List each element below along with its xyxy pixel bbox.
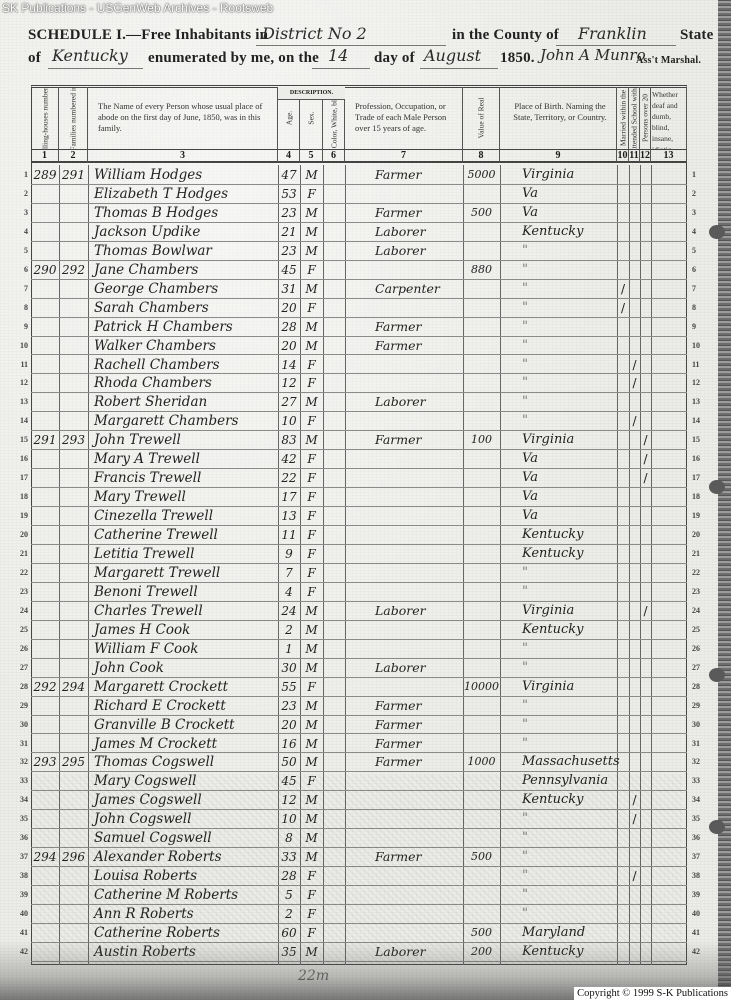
line-number: 36 xyxy=(692,833,710,842)
line-number: 39 xyxy=(4,890,28,899)
cell-family xyxy=(59,716,88,736)
cell-married xyxy=(617,488,629,508)
cell-value: 500 xyxy=(463,848,500,868)
cell-age: 28 xyxy=(278,867,300,887)
county-value: Franklin xyxy=(578,24,647,43)
cell-married xyxy=(617,469,629,489)
cell-birthplace: " xyxy=(522,583,617,603)
cell-age: 2 xyxy=(278,621,300,641)
line-number: 13 xyxy=(692,397,710,406)
census-row: George Chambers31MCarpenter"/ xyxy=(31,280,687,299)
census-row: Elizabeth T Hodges53FVa xyxy=(31,185,687,204)
cell-married xyxy=(617,526,629,546)
cell-sex: F xyxy=(300,488,323,508)
cell-illiterate xyxy=(640,545,651,565)
line-number: 13 xyxy=(4,397,28,406)
line-number: 12 xyxy=(692,378,710,387)
county-label: in the County of xyxy=(452,27,559,44)
cell-dwelling: 289 xyxy=(31,166,59,186)
cell-name: William F Cook xyxy=(94,640,278,660)
cell-dwelling xyxy=(31,697,59,717)
cell-name: Cinezella Trewell xyxy=(94,507,278,527)
cell-school: / xyxy=(629,791,640,811)
census-row: Mary Trewell17FVa xyxy=(31,488,687,507)
line-number: 1 xyxy=(692,170,710,179)
cell-name: Ann R Roberts xyxy=(94,905,278,925)
cell-family xyxy=(59,735,88,755)
line-number: 10 xyxy=(692,341,710,350)
cell-name: Margarett Chambers xyxy=(94,412,278,432)
cell-illiterate xyxy=(640,337,651,357)
month-value: August xyxy=(424,46,481,65)
cell-occupation xyxy=(375,507,463,527)
cell-birthplace: " xyxy=(522,886,617,906)
cell-family xyxy=(59,829,88,849)
cell-school xyxy=(629,716,640,736)
cell-birthplace: " xyxy=(522,374,617,394)
cell-dwelling xyxy=(31,299,59,319)
cell-dwelling xyxy=(31,810,59,830)
cell-age: 24 xyxy=(278,602,300,622)
cell-dwelling xyxy=(31,659,59,679)
line-number: 14 xyxy=(692,416,710,425)
cell-birthplace: " xyxy=(522,299,617,319)
cell-occupation xyxy=(375,886,463,906)
cell-married xyxy=(617,772,629,792)
line-number: 7 xyxy=(692,284,710,293)
cell-age: 11 xyxy=(278,526,300,546)
cell-age: 4 xyxy=(278,583,300,603)
cell-family: 292 xyxy=(59,261,88,281)
column-header-label: The Name of every Person whose usual pla… xyxy=(98,101,262,133)
cell-family xyxy=(59,204,88,224)
cell-dwelling xyxy=(31,905,59,925)
cell-sex: F xyxy=(300,867,323,887)
cell-dwelling xyxy=(31,374,59,394)
census-row: Thomas Bowlwar23MLaborer" xyxy=(31,242,687,261)
cell-married xyxy=(617,640,629,660)
line-number: 41 xyxy=(4,928,28,937)
line-number: 11 xyxy=(4,360,28,369)
cell-name: Letitia Trewell xyxy=(94,545,278,565)
line-number: 30 xyxy=(692,720,710,729)
column-number: 12 xyxy=(640,149,651,163)
cell-value xyxy=(463,280,500,300)
division-value: District No 2 xyxy=(262,24,367,43)
cell-birthplace: " xyxy=(522,848,617,868)
cell-occupation xyxy=(375,412,463,432)
cell-married xyxy=(617,716,629,736)
line-number: 37 xyxy=(692,852,710,861)
cell-school xyxy=(629,223,640,243)
cell-birthplace: Va xyxy=(522,507,617,527)
cell-school: / xyxy=(629,356,640,376)
cell-birthplace: " xyxy=(522,659,617,679)
cell-occupation xyxy=(375,867,463,887)
cell-birthplace: " xyxy=(522,318,617,338)
cell-school xyxy=(629,886,640,906)
cell-family xyxy=(59,488,88,508)
column-number: 8 xyxy=(463,149,500,163)
cell-occupation xyxy=(375,678,463,698)
census-row: Catherine M Roberts5F" xyxy=(31,886,687,905)
cell-occupation xyxy=(375,450,463,470)
line-number: 29 xyxy=(4,701,28,710)
state-underline xyxy=(48,68,143,69)
line-number: 34 xyxy=(692,795,710,804)
cell-occupation xyxy=(375,299,463,319)
cell-sex: F xyxy=(300,412,323,432)
cell-age: 16 xyxy=(278,735,300,755)
cell-occupation xyxy=(375,640,463,660)
cell-family xyxy=(59,318,88,338)
cell-illiterate xyxy=(640,393,651,413)
cell-birthplace: " xyxy=(522,697,617,717)
cell-married xyxy=(617,450,629,470)
cell-name: William Hodges xyxy=(94,166,278,186)
cell-dwelling xyxy=(31,772,59,792)
cell-school xyxy=(629,261,640,281)
cell-age: 23 xyxy=(278,242,300,262)
line-number: 7 xyxy=(4,284,28,293)
census-row: Walker Chambers20MFarmer" xyxy=(31,337,687,356)
binding-ring xyxy=(709,820,725,834)
cell-age: 10 xyxy=(278,810,300,830)
cell-dwelling xyxy=(31,791,59,811)
cell-school xyxy=(629,772,640,792)
cell-illiterate xyxy=(640,318,651,338)
cell-name: Thomas Cogswell xyxy=(94,753,278,773)
cell-value xyxy=(463,659,500,679)
cell-illiterate xyxy=(640,185,651,205)
census-row: Margarett Chambers10F"/ xyxy=(31,412,687,431)
cell-married xyxy=(617,223,629,243)
cell-school xyxy=(629,735,640,755)
column-number: 1 xyxy=(31,149,59,163)
column-header-13: Whether deaf and dumb, blind, insane, id… xyxy=(651,87,687,149)
census-row: James Cogswell12MKentucky/ xyxy=(31,791,687,810)
column-number: 9 xyxy=(500,149,617,163)
watermark: SK Publications - USGenWeb Archives - Ro… xyxy=(2,1,273,15)
line-number: 20 xyxy=(4,530,28,539)
cell-married xyxy=(617,583,629,603)
cell-occupation xyxy=(375,621,463,641)
cell-sex: M xyxy=(300,640,323,660)
line-number: 5 xyxy=(692,246,710,255)
column-header-12: Persons over 20 xyxy=(640,87,651,149)
cell-value: 100 xyxy=(463,431,500,451)
cell-sex: F xyxy=(300,545,323,565)
line-number: 22 xyxy=(4,568,28,577)
cell-occupation xyxy=(375,374,463,394)
cell-family xyxy=(59,659,88,679)
cell-value xyxy=(463,412,500,432)
cell-married xyxy=(617,886,629,906)
cell-married xyxy=(617,810,629,830)
cell-sex: M xyxy=(300,280,323,300)
cell-value xyxy=(463,583,500,603)
line-number: 19 xyxy=(692,511,710,520)
cell-value xyxy=(463,526,500,546)
line-number: 10 xyxy=(4,341,28,350)
cell-occupation: Farmer xyxy=(375,735,463,755)
cell-married xyxy=(617,867,629,887)
line-number: 3 xyxy=(4,208,28,217)
line-number: 26 xyxy=(4,644,28,653)
cell-sex: M xyxy=(300,848,323,868)
cell-occupation: Laborer xyxy=(375,242,463,262)
census-row: 290292Jane Chambers45F880" xyxy=(31,261,687,280)
cell-illiterate xyxy=(640,374,651,394)
cell-dwelling xyxy=(31,242,59,262)
cell-family: 294 xyxy=(59,678,88,698)
cell-value xyxy=(463,393,500,413)
line-number: 24 xyxy=(4,606,28,615)
cell-school xyxy=(629,545,640,565)
cell-illiterate: / xyxy=(640,450,651,470)
cell-name: Louisa Roberts xyxy=(94,867,278,887)
cell-name: Alexander Roberts xyxy=(94,848,278,868)
cell-illiterate xyxy=(640,564,651,584)
cell-illiterate xyxy=(640,829,651,849)
cell-occupation xyxy=(375,469,463,489)
cell-sex: M xyxy=(300,166,323,186)
line-number: 32 xyxy=(4,757,28,766)
cell-dwelling: 293 xyxy=(31,753,59,773)
cell-dwelling xyxy=(31,886,59,906)
cell-sex: M xyxy=(300,337,323,357)
cell-occupation xyxy=(375,829,463,849)
cell-occupation xyxy=(375,185,463,205)
cell-family: 296 xyxy=(59,848,88,868)
cell-value: 1000 xyxy=(463,753,500,773)
cell-married xyxy=(617,753,629,773)
cell-value xyxy=(463,299,500,319)
cell-sex: F xyxy=(300,374,323,394)
cell-sex: F xyxy=(300,299,323,319)
line-number: 24 xyxy=(692,606,710,615)
cell-name: John Trewell xyxy=(94,431,278,451)
column-number: 10 xyxy=(617,149,629,163)
cell-value xyxy=(463,867,500,887)
cell-sex: M xyxy=(300,223,323,243)
cell-value xyxy=(463,905,500,925)
line-number: 25 xyxy=(692,625,710,634)
cell-value xyxy=(463,716,500,736)
cell-school xyxy=(629,507,640,527)
cell-age: 33 xyxy=(278,848,300,868)
line-number: 17 xyxy=(692,473,710,482)
line-number: 3 xyxy=(692,208,710,217)
cell-married xyxy=(617,318,629,338)
cell-occupation: Laborer xyxy=(375,393,463,413)
cell-name: Thomas B Hodges xyxy=(94,204,278,224)
cell-value xyxy=(463,829,500,849)
line-number: 36 xyxy=(4,833,28,842)
cell-sex: F xyxy=(300,469,323,489)
cell-school xyxy=(629,337,640,357)
census-row: John Cook30MLaborer" xyxy=(31,659,687,678)
cell-age: 50 xyxy=(278,753,300,773)
cell-illiterate xyxy=(640,621,651,641)
cell-dwelling xyxy=(31,185,59,205)
cell-sex: M xyxy=(300,716,323,736)
cell-name: James Cogswell xyxy=(94,791,278,811)
cell-age: 14 xyxy=(278,356,300,376)
cell-school xyxy=(629,640,640,660)
cell-family xyxy=(59,356,88,376)
cell-illiterate: / xyxy=(640,431,651,451)
cell-sex: M xyxy=(300,393,323,413)
cell-sex: F xyxy=(300,905,323,925)
cell-married xyxy=(617,261,629,281)
cell-value xyxy=(463,374,500,394)
cell-value xyxy=(463,602,500,622)
cell-birthplace: Va xyxy=(522,488,617,508)
cell-occupation: Farmer xyxy=(375,337,463,357)
line-number: 23 xyxy=(4,587,28,596)
column-header-label: Families numbered in xyxy=(68,87,79,149)
cell-sex: M xyxy=(300,242,323,262)
marshal-name: John A Munro xyxy=(540,46,646,64)
cell-occupation xyxy=(375,261,463,281)
cell-illiterate xyxy=(640,716,651,736)
cell-name: Francis Trewell xyxy=(94,469,278,489)
cell-dwelling xyxy=(31,507,59,527)
cell-age: 20 xyxy=(278,337,300,357)
cell-sex: F xyxy=(300,886,323,906)
line-number: 8 xyxy=(692,303,710,312)
cell-occupation xyxy=(375,356,463,376)
cell-family xyxy=(59,299,88,319)
cell-married xyxy=(617,412,629,432)
cell-school: / xyxy=(629,374,640,394)
cell-illiterate xyxy=(640,583,651,603)
cell-school xyxy=(629,848,640,868)
census-row: Letitia Trewell9FKentucky xyxy=(31,545,687,564)
cell-name: Jane Chambers xyxy=(94,261,278,281)
cell-name: Robert Sheridan xyxy=(94,393,278,413)
cell-family xyxy=(59,280,88,300)
cell-sex: F xyxy=(300,678,323,698)
cell-dwelling xyxy=(31,640,59,660)
column-header-label: Whether deaf and dumb, blind, insane, id… xyxy=(652,90,682,149)
cell-birthplace: Va xyxy=(522,450,617,470)
cell-dwelling xyxy=(31,318,59,338)
cell-value xyxy=(463,185,500,205)
cell-sex: M xyxy=(300,697,323,717)
year-value: 1850. xyxy=(500,50,535,67)
cell-age: 7 xyxy=(278,564,300,584)
line-number: 28 xyxy=(4,682,28,691)
census-row: Robert Sheridan27MLaborer" xyxy=(31,393,687,412)
census-row: Patrick H Chambers28MFarmer" xyxy=(31,318,687,337)
cell-age: 9 xyxy=(278,545,300,565)
cell-illiterate xyxy=(640,166,651,186)
cell-age: 5 xyxy=(278,886,300,906)
cell-dwelling xyxy=(31,412,59,432)
cell-married xyxy=(617,545,629,565)
cell-dwelling xyxy=(31,223,59,243)
cell-age: 20 xyxy=(278,299,300,319)
cell-illiterate xyxy=(640,867,651,887)
cell-dwelling xyxy=(31,469,59,489)
census-row: Catherine Trewell11FKentucky xyxy=(31,526,687,545)
cell-illiterate xyxy=(640,735,651,755)
cell-sex: F xyxy=(300,772,323,792)
census-row: William F Cook1M" xyxy=(31,640,687,659)
cell-sex: M xyxy=(300,431,323,451)
census-row: Granville B Crockett20MFarmer" xyxy=(31,716,687,735)
cell-occupation: Laborer xyxy=(375,602,463,622)
line-number: 6 xyxy=(692,265,710,274)
census-row: 293295Thomas Cogswell50MFarmer1000Massac… xyxy=(31,753,687,772)
cell-illiterate xyxy=(640,905,651,925)
line-number: 41 xyxy=(692,928,710,937)
census-page-scan: SK Publications - USGenWeb Archives - Ro… xyxy=(0,0,731,1000)
binding-edge xyxy=(718,0,731,1000)
cell-birthplace: " xyxy=(522,735,617,755)
cell-sex: F xyxy=(300,261,323,281)
cell-occupation: Farmer xyxy=(375,166,463,186)
cell-value: 5000 xyxy=(463,166,500,186)
cell-family xyxy=(59,374,88,394)
cell-birthplace: " xyxy=(522,337,617,357)
line-number: 27 xyxy=(4,663,28,672)
census-row: Richard E Crockett23MFarmer" xyxy=(31,697,687,716)
census-row: 291293John Trewell83MFarmer100Virginia/ xyxy=(31,431,687,450)
cell-age: 17 xyxy=(278,488,300,508)
line-number: 40 xyxy=(4,909,28,918)
cell-occupation xyxy=(375,810,463,830)
line-number: 26 xyxy=(692,644,710,653)
cell-occupation: Carpenter xyxy=(375,280,463,300)
cell-sex: M xyxy=(300,810,323,830)
cell-age: 8 xyxy=(278,829,300,849)
column-header-8: Value of Real xyxy=(463,87,500,149)
cell-married xyxy=(617,564,629,584)
cell-school xyxy=(629,583,640,603)
cell-dwelling: 294 xyxy=(31,848,59,868)
cell-sex: M xyxy=(300,659,323,679)
cell-family xyxy=(59,450,88,470)
cell-married xyxy=(617,204,629,224)
column-header-label: Married within the xyxy=(617,90,628,146)
cell-dwelling: 290 xyxy=(31,261,59,281)
cell-birthplace: " xyxy=(522,280,617,300)
cell-sex: M xyxy=(300,791,323,811)
cell-birthplace: Virginia xyxy=(522,602,617,622)
census-row: Mary Cogswell45FPennsylvania xyxy=(31,772,687,791)
cell-sex: F xyxy=(300,450,323,470)
cell-age: 30 xyxy=(278,659,300,679)
line-number: 21 xyxy=(692,549,710,558)
column-number: 6 xyxy=(323,149,345,163)
cell-school xyxy=(629,659,640,679)
cell-sex: M xyxy=(300,204,323,224)
cell-name: James M Crockett xyxy=(94,735,278,755)
cell-school xyxy=(629,526,640,546)
column-header-3: The Name of every Person whose usual pla… xyxy=(88,87,278,149)
line-number: 29 xyxy=(692,701,710,710)
cell-illiterate xyxy=(640,526,651,546)
cell-value: 500 xyxy=(463,204,500,224)
cell-family xyxy=(59,412,88,432)
cell-name: Granville B Crockett xyxy=(94,716,278,736)
cell-age: 12 xyxy=(278,791,300,811)
line-number: 40 xyxy=(692,909,710,918)
cell-birthplace: Kentucky xyxy=(522,545,617,565)
